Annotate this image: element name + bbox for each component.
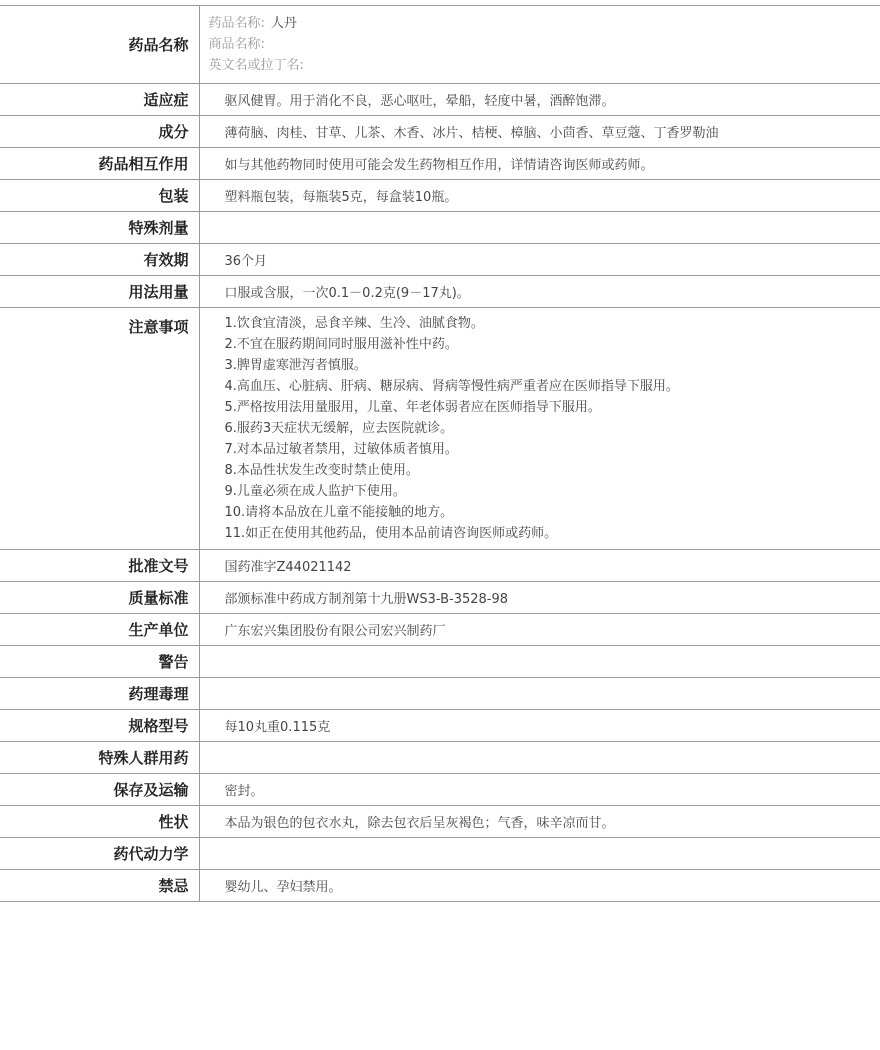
row-label: 禁忌 xyxy=(0,870,199,902)
row-pharmacokinetics: 药代动力学 xyxy=(0,838,880,870)
row-approval-number: 批准文号国药准字Z44021142 xyxy=(0,550,880,582)
row-drug-name: 药品名称 药品名称:人丹 商品名称: 英文名或拉丁名: xyxy=(0,6,880,84)
row-label: 药代动力学 xyxy=(0,838,199,870)
row-indications: 适应症驱风健胃。用于消化不良，恶心呕吐，晕船，轻度中暑，酒醉饱滞。 xyxy=(0,84,880,116)
row-value: 药品名称:人丹 商品名称: 英文名或拉丁名: xyxy=(199,6,880,84)
row-special-dosage: 特殊剂量 xyxy=(0,212,880,244)
row-label: 特殊人群用药 xyxy=(0,742,199,774)
generic-name: 药品名称:人丹 xyxy=(209,13,880,34)
row-label: 质量标准 xyxy=(0,582,199,614)
row-value xyxy=(199,212,880,244)
row-label: 特殊剂量 xyxy=(0,212,199,244)
row-value xyxy=(199,838,880,870)
row-dosage: 用法用量口服或含服，一次0.1－0.2克(9－17丸)。 xyxy=(0,276,880,308)
note-item: 7.对本品过敏者禁用，过敏体质者慎用。 xyxy=(225,439,880,460)
row-pharmacology: 药理毒理 xyxy=(0,678,880,710)
note-item: 6.服药3天症状无缓解，应去医院就诊。 xyxy=(225,418,880,439)
row-special-populations: 特殊人群用药 xyxy=(0,742,880,774)
note-item: 3.脾胃虚寒泄泻者慎服。 xyxy=(225,355,880,376)
row-label: 药理毒理 xyxy=(0,678,199,710)
row-value xyxy=(199,742,880,774)
row-label: 规格型号 xyxy=(0,710,199,742)
row-value: 36个月 xyxy=(199,244,880,276)
row-label: 注意事项 xyxy=(0,308,199,550)
note-item: 10.请将本品放在儿童不能接触的地方。 xyxy=(225,502,880,523)
row-value xyxy=(199,646,880,678)
note-item: 1.饮食宜清淡，忌食辛辣、生冷、油腻食物。 xyxy=(225,313,880,334)
row-label: 保存及运输 xyxy=(0,774,199,806)
row-label: 药品名称 xyxy=(0,6,199,84)
row-value: 国药准字Z44021142 xyxy=(199,550,880,582)
row-value: 1.饮食宜清淡，忌食辛辣、生冷、油腻食物。 2.不宜在服药期间同时服用滋补性中药… xyxy=(199,308,880,550)
generic-name-value: 人丹 xyxy=(271,16,297,31)
row-value: 广东宏兴集团股份有限公司宏兴制药厂 xyxy=(199,614,880,646)
drug-info-table: 药品名称 药品名称:人丹 商品名称: 英文名或拉丁名: 适应症驱风健胃。用于消化… xyxy=(0,5,880,902)
row-value: 婴幼儿、孕妇禁用。 xyxy=(199,870,880,902)
row-packaging: 包装塑料瓶包装，每瓶装5克，每盒装10瓶。 xyxy=(0,180,880,212)
row-interactions: 药品相互作用如与其他药物同时使用可能会发生药物相互作用，详情请咨询医师或药师。 xyxy=(0,148,880,180)
row-label: 用法用量 xyxy=(0,276,199,308)
row-manufacturer: 生产单位广东宏兴集团股份有限公司宏兴制药厂 xyxy=(0,614,880,646)
row-quality-standard: 质量标准部颁标准中药成方制剂第十九册WS3-B-3528-98 xyxy=(0,582,880,614)
row-shelf-life: 有效期36个月 xyxy=(0,244,880,276)
row-label: 生产单位 xyxy=(0,614,199,646)
row-storage: 保存及运输密封。 xyxy=(0,774,880,806)
row-precautions: 注意事项 1.饮食宜清淡，忌食辛辣、生冷、油腻食物。 2.不宜在服药期间同时服用… xyxy=(0,308,880,550)
row-value: 每10丸重0.115克 xyxy=(199,710,880,742)
row-label: 药品相互作用 xyxy=(0,148,199,180)
row-label: 性状 xyxy=(0,806,199,838)
row-value: 密封。 xyxy=(199,774,880,806)
row-label: 包装 xyxy=(0,180,199,212)
english-name-label: 英文名或拉丁名: xyxy=(209,58,304,73)
note-item: 2.不宜在服药期间同时服用滋补性中药。 xyxy=(225,334,880,355)
row-label: 适应症 xyxy=(0,84,199,116)
row-label: 警告 xyxy=(0,646,199,678)
row-value: 驱风健胃。用于消化不良，恶心呕吐，晕船，轻度中暑，酒醉饱滞。 xyxy=(199,84,880,116)
trade-name-label: 商品名称: xyxy=(209,37,265,52)
generic-name-label: 药品名称: xyxy=(209,16,265,31)
note-item: 8.本品性状发生改变时禁止使用。 xyxy=(225,460,880,481)
row-value: 塑料瓶包装，每瓶装5克，每盒装10瓶。 xyxy=(199,180,880,212)
note-item: 4.高血压、心脏病、肝病、糖尿病、肾病等慢性病严重者应在医师指导下服用。 xyxy=(225,376,880,397)
row-value: 口服或含服，一次0.1－0.2克(9－17丸)。 xyxy=(199,276,880,308)
row-value: 部颁标准中药成方制剂第十九册WS3-B-3528-98 xyxy=(199,582,880,614)
english-name: 英文名或拉丁名: xyxy=(209,55,880,76)
row-warning: 警告 xyxy=(0,646,880,678)
row-value xyxy=(199,678,880,710)
row-value: 本品为银色的包衣水丸，除去包衣后呈灰褐色；气香，味辛凉而甘。 xyxy=(199,806,880,838)
row-value: 如与其他药物同时使用可能会发生药物相互作用，详情请咨询医师或药师。 xyxy=(199,148,880,180)
trade-name: 商品名称: xyxy=(209,34,880,55)
row-value: 薄荷脑、肉桂、甘草、儿茶、木香、冰片、桔梗、樟脑、小茴香、草豆蔻、丁香罗勒油 xyxy=(199,116,880,148)
row-label: 批准文号 xyxy=(0,550,199,582)
row-label: 有效期 xyxy=(0,244,199,276)
row-contraindications: 禁忌婴幼儿、孕妇禁用。 xyxy=(0,870,880,902)
row-specification: 规格型号每10丸重0.115克 xyxy=(0,710,880,742)
note-item: 9.儿童必须在成人监护下使用。 xyxy=(225,481,880,502)
note-item: 5.严格按用法用量服用，儿童、年老体弱者应在医师指导下服用。 xyxy=(225,397,880,418)
row-appearance: 性状本品为银色的包衣水丸，除去包衣后呈灰褐色；气香，味辛凉而甘。 xyxy=(0,806,880,838)
row-label: 成分 xyxy=(0,116,199,148)
note-item: 11.如正在使用其他药品，使用本品前请咨询医师或药师。 xyxy=(225,523,880,544)
row-ingredients: 成分薄荷脑、肉桂、甘草、儿茶、木香、冰片、桔梗、樟脑、小茴香、草豆蔻、丁香罗勒油 xyxy=(0,116,880,148)
